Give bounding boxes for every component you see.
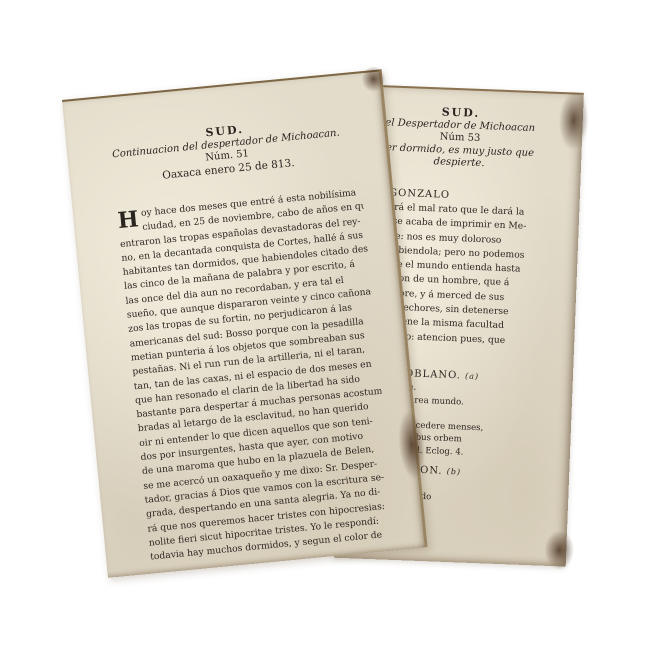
footnote-ref-a: (a) <box>465 372 479 382</box>
drop-cap: H <box>117 209 140 231</box>
photo-scene: SUD. cion del Despertador de Michoacan N… <box>0 0 650 650</box>
burn-mark <box>360 65 386 93</box>
left-page-header: SUD. Continuacion del despertador de Mic… <box>66 109 388 191</box>
left-page-body: H oy hace dos meses que entré á esta nob… <box>117 186 396 565</box>
left-page: SUD. Continuacion del despertador de Mic… <box>62 69 428 578</box>
burn-mark <box>543 530 575 571</box>
footnote-ref-b: (b) <box>447 467 462 477</box>
